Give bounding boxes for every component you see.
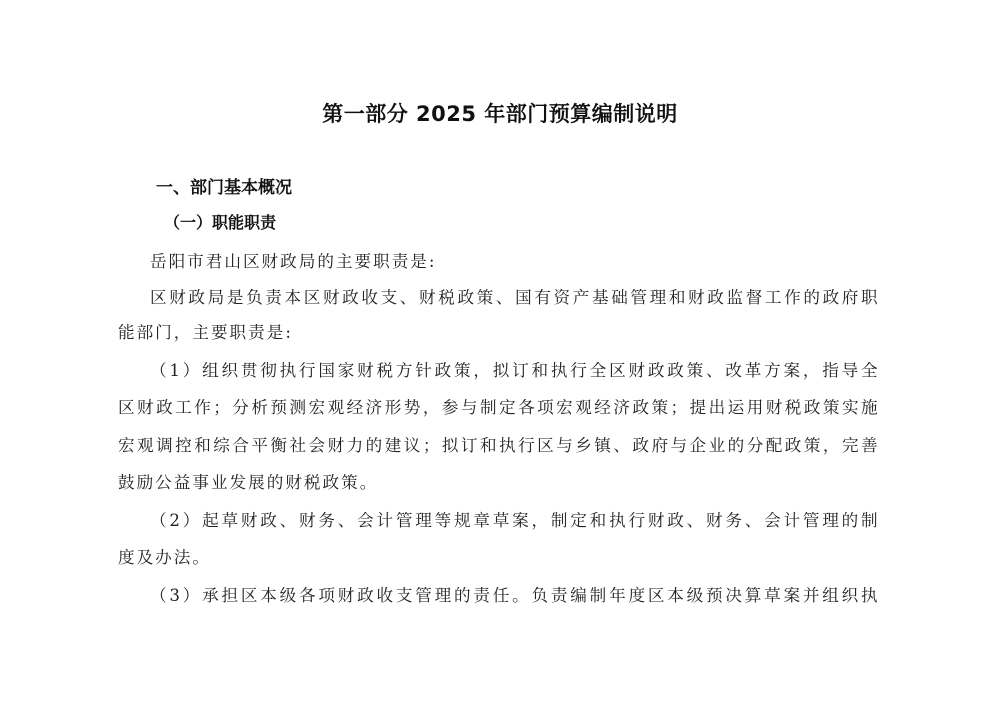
paragraph-duty-3-line: （3）承担区本级各项财政收支管理的责任。负责编制年度区本级预决算草案并组织执	[150, 584, 878, 608]
paragraph-duty-1-line: （1）组织贯彻执行国家财税方针政策，拟订和执行全区财政政策、改革方案，指导全	[150, 359, 878, 383]
paragraph-duty-2-line: 度及办法。	[118, 546, 211, 570]
paragraph-overview-line: 能部门，主要职责是:	[118, 321, 293, 345]
page-title: 第一部分 2025 年部门预算编制说明	[0, 99, 1000, 129]
section-heading: 一、部门基本概况	[156, 175, 292, 201]
paragraph-duty-1-line: 区财政工作；分析预测宏观经济形势，参与制定各项宏观经济政策；提出运用财税政策实施	[118, 396, 878, 420]
paragraph-intro-line: 岳阳市君山区财政局的主要职责是:	[150, 250, 437, 274]
document-page: 第一部分 2025 年部门预算编制说明 一、部门基本概况 （一）职能职责 岳阳市…	[0, 0, 1000, 706]
subsection-heading: （一）职能职责	[164, 210, 276, 236]
paragraph-duty-1-line: 宏观调控和综合平衡社会财力的建议；拟订和执行区与乡镇、政府与企业的分配政策，完善	[118, 434, 878, 458]
paragraph-overview-line: 区财政局是负责本区财政收支、财税政策、国有资产基础管理和财政监督工作的政府职	[150, 286, 878, 310]
paragraph-duty-2-line: （2）起草财政、财务、会计管理等规章草案，制定和执行财政、财务、会计管理的制	[150, 509, 878, 533]
paragraph-duty-1-line: 鼓励公益事业发展的财税政策。	[118, 471, 378, 495]
